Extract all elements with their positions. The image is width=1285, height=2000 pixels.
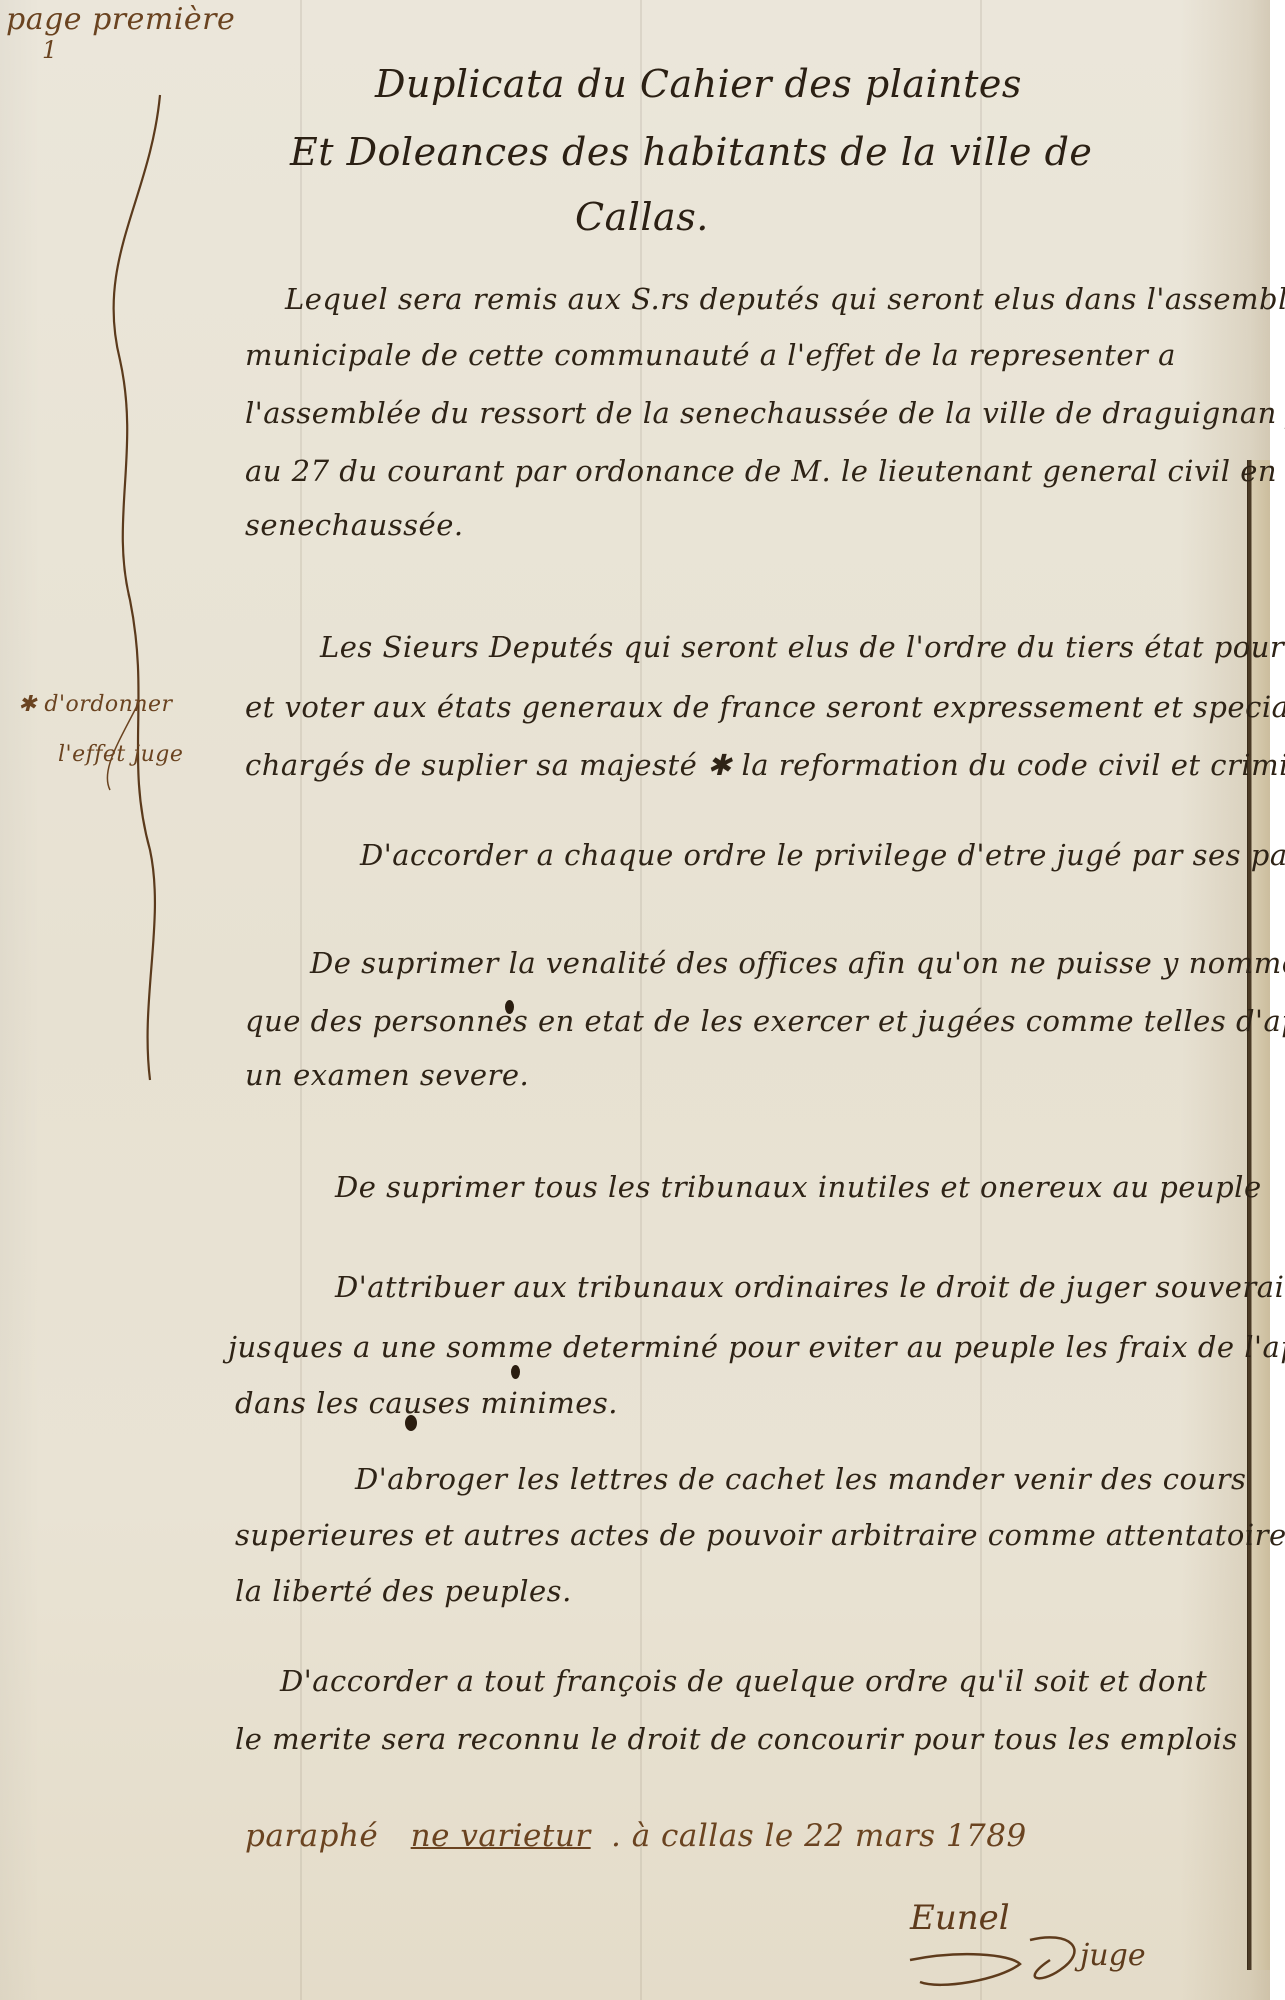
page-marker: page première bbox=[6, 2, 235, 37]
page-number: 1 bbox=[42, 36, 58, 64]
paragraph-1-line-2: municipale de cette communauté a l'effet… bbox=[245, 338, 1176, 372]
ink-blot bbox=[505, 1000, 514, 1014]
paragraph-1-line-4: au 27 du courant par ordonance de M. le … bbox=[245, 454, 1285, 488]
paragraph-6-line-3: dans les causes minimes. bbox=[235, 1386, 618, 1420]
paragraph-2-line-3: chargés de suplier sa majesté ✱ la refor… bbox=[245, 748, 1285, 782]
paragraph-8-line-2: le merite sera reconnu le droit de conco… bbox=[235, 1722, 1238, 1756]
paragraph-8-line-1: D'accorder a tout françois de quelque or… bbox=[280, 1664, 1207, 1698]
paragraph-5-line-1: De suprimer tous les tribunaux inutiles … bbox=[335, 1170, 1262, 1204]
marginal-stroke-icon bbox=[0, 0, 220, 1200]
paragraph-6-line-2: jusques a une somme determiné pour evite… bbox=[228, 1330, 1285, 1364]
paragraph-4-line-3: un examen severe. bbox=[245, 1058, 529, 1092]
paragraph-1-line-3: l'assemblée du ressort de la senechaussé… bbox=[245, 396, 1285, 430]
paragraph-4-line-1: De suprimer la venalité des offices afin… bbox=[310, 946, 1285, 980]
signature-flourish-icon bbox=[900, 1920, 1120, 2000]
ink-blot bbox=[405, 1415, 417, 1431]
paragraph-3-line-1: D'accorder a chaque ordre le privilege d… bbox=[360, 838, 1285, 872]
paragraph-7-line-2: superieures et autres actes de pouvoir a… bbox=[235, 1518, 1285, 1552]
paragraph-7-line-1: D'abroger les lettres de cachet les mand… bbox=[355, 1462, 1246, 1496]
closing-line: paraphé ne varietur . à callas le 22 mar… bbox=[245, 1818, 1027, 1854]
paraphe-text: paraphé bbox=[245, 1818, 378, 1854]
margin-note-line-1: ✱ d'ordonner bbox=[18, 692, 173, 717]
ne-varietur-text: ne varietur bbox=[411, 1818, 591, 1854]
paragraph-4-line-2: que des personnes en etat de les exercer… bbox=[245, 1004, 1285, 1038]
manuscript-page: page première 1 Duplicata du Cahier des … bbox=[0, 0, 1270, 2000]
title-line-3: Callas. bbox=[575, 195, 709, 239]
binding-edge bbox=[1247, 460, 1270, 1970]
margin-note-line-2: l'effet juge bbox=[58, 742, 183, 767]
ink-blot bbox=[511, 1365, 520, 1379]
place-date-text: . à callas le 22 mars 1789 bbox=[611, 1818, 1027, 1854]
paragraph-1-line-5: senechaussée. bbox=[245, 508, 464, 542]
title-line-2: Et Doleances des habitants de la ville d… bbox=[290, 130, 1092, 174]
paragraph-1-line-1: Lequel sera remis aux S.rs deputés qui s… bbox=[285, 282, 1285, 316]
title-line-1: Duplicata du Cahier des plaintes bbox=[375, 62, 1022, 106]
paragraph-2-line-2: et voter aux états generaux de france se… bbox=[245, 690, 1285, 724]
paragraph-2-line-1: Les Sieurs Deputés qui seront elus de l'… bbox=[320, 630, 1285, 664]
paragraph-7-line-3: la liberté des peuples. bbox=[235, 1574, 572, 1608]
paragraph-6-line-1: D'attribuer aux tribunaux ordinaires le … bbox=[335, 1270, 1285, 1304]
